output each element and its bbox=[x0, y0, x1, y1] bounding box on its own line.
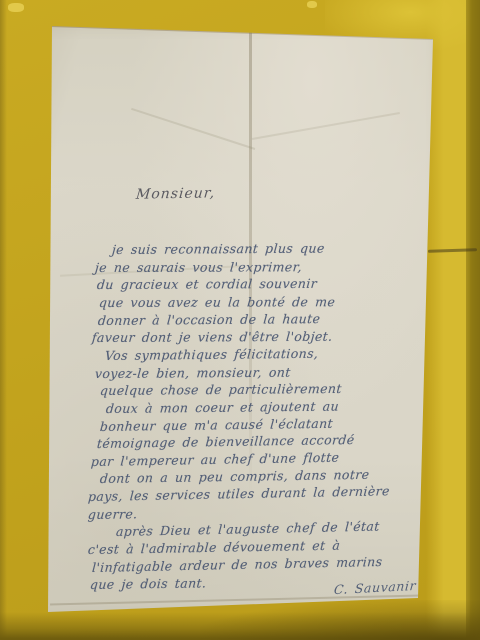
letter-line-17: après Dieu et l'auguste chef de l'état bbox=[116, 519, 381, 540]
letter-line-8: voyez-le bien, monsieur, ont bbox=[94, 364, 291, 380]
album-dark-band bbox=[466, 0, 480, 640]
letter-line-4: que vous avez eu la bonté de me bbox=[98, 294, 336, 310]
crease-diagonal-right bbox=[252, 112, 400, 140]
letter-line-1: je suis reconnaissant plus que bbox=[111, 241, 325, 257]
letter-body: je suis reconnaissant plus queje ne saur… bbox=[88, 242, 438, 592]
letter-line-19: l'infatigable ardeur de nos braves marin… bbox=[92, 554, 383, 575]
letter-line-18: c'est à l'admirable dévouement et à bbox=[87, 538, 340, 557]
salutation: Monsieur, bbox=[135, 185, 216, 202]
album-bright-strip bbox=[426, 0, 470, 640]
letter-paper: Monsieur, je suis reconnaissant plus que… bbox=[30, 20, 445, 625]
signature: C. Sauvanir bbox=[333, 578, 416, 597]
letter-line-5: donner à l'occasion de la haute bbox=[97, 311, 321, 328]
letter-line-9: quelque chose de particulièrement bbox=[99, 381, 342, 398]
letter-line-6: faveur dont je viens d'être l'objet. bbox=[91, 329, 333, 345]
letter-line-10: doux à mon coeur et ajoutent au bbox=[105, 398, 339, 415]
letter-line-15: pays, les services utiles durant la dern… bbox=[87, 483, 390, 504]
letter-line-2: je ne saurais vous l'exprimer, bbox=[94, 259, 302, 275]
album-corner-shadow bbox=[200, 600, 480, 640]
album-highlight-chip bbox=[8, 3, 24, 12]
crease-diagonal-left bbox=[131, 108, 255, 150]
letter-line-3: du gracieux et cordial souvenir bbox=[96, 276, 317, 292]
letter-line-12: témoignage de bienveillance accordé bbox=[96, 432, 355, 451]
letter-line-7: Vos sympathiques félicitations, bbox=[104, 346, 319, 363]
album-highlight-chip bbox=[307, 1, 317, 8]
letter-line-11: bonheur que m'a causé l'éclatant bbox=[99, 415, 333, 433]
album-left-edge-shadow bbox=[0, 0, 7, 640]
letter-line-13: par l'empereur au chef d'une flotte bbox=[90, 449, 339, 468]
letter-line-16: guerre. bbox=[87, 506, 138, 522]
letter-line-20: que je dois tant. bbox=[89, 576, 206, 593]
